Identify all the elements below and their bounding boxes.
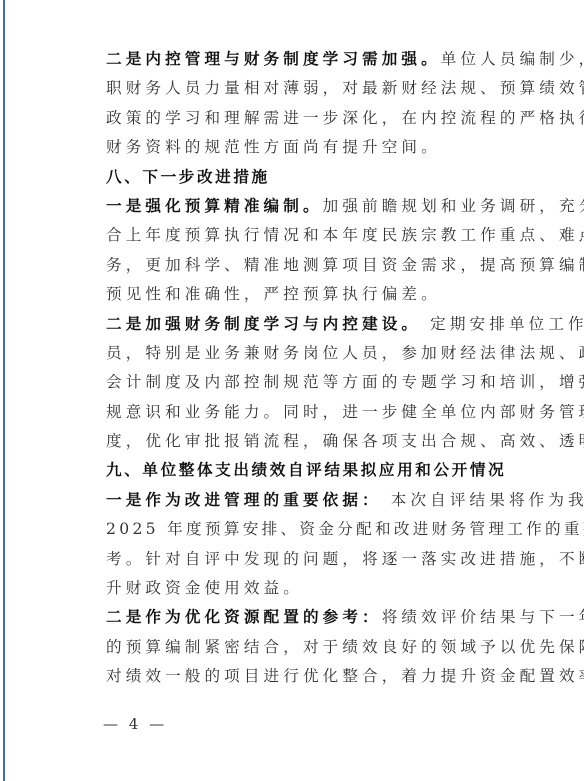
item-lead: 二是作为优化资源配置的参考： bbox=[106, 608, 382, 626]
text-line: 考。针对自评中发现的问题，将逐一落实改进措施，不断提 bbox=[106, 545, 506, 574]
text-line: 2025 年度预算安排、资金分配和改进财务管理工作的重要参 bbox=[106, 515, 506, 544]
text-line: 财务资料的规范性方面尚有提升空间。 bbox=[106, 133, 506, 162]
text-line: 职财务人员力量相对薄弱，对最新财经法规、预算绩效管理 bbox=[106, 74, 506, 103]
section-heading-8: 八、下一步改进措施 bbox=[106, 163, 506, 192]
application-item-resources: 二是作为优化资源配置的参考：将绩效评价结果与下一年度 的预算编制紧密结合，对于绩… bbox=[106, 603, 506, 691]
application-item-management: 一是作为改进管理的重要依据： 本次自评结果将作为我局 2025 年度预算安排、资… bbox=[106, 486, 506, 604]
item-lead: 二是内控管理与财务制度学习需加强。 bbox=[106, 50, 441, 68]
item-lead: 一是强化预算精准编制。 bbox=[106, 197, 323, 215]
issue-item-internal-control: 二是内控管理与财务制度学习需加强。单位人员编制少，专 职财务人员力量相对薄弱，对… bbox=[106, 45, 506, 163]
text-line: 一是强化预算精准编制。加强前瞻规划和业务调研，充分结 bbox=[106, 192, 506, 221]
text-line: 政策的学习和理解需进一步深化，在内控流程的严格执行和 bbox=[106, 104, 506, 133]
section-heading-9: 九、单位整体支出绩效自评结果拟应用和公开情况 bbox=[106, 456, 506, 485]
text-line: 对绩效一般的项目进行优化整合，着力提升资金配置效率。 bbox=[106, 662, 506, 691]
text-line: 的预算编制紧密结合，对于绩效良好的领域予以优先保障， bbox=[106, 633, 506, 662]
item-lead: 一是作为改进管理的重要依据： bbox=[106, 491, 382, 509]
document-page: 二是内控管理与财务制度学习需加强。单位人员编制少，专 职财务人员力量相对薄弱，对… bbox=[106, 45, 506, 692]
text-line: 规意识和业务能力。同时，进一步健全单位内部财务管理制 bbox=[106, 398, 506, 427]
text-line: 二是加强财务制度学习与内控建设。 定期安排单位工作人 bbox=[106, 310, 506, 339]
page-number: — 4 — bbox=[103, 715, 167, 733]
measure-item-finance-training: 二是加强财务制度学习与内控建设。 定期安排单位工作人 员，特别是业务兼财务岗位人… bbox=[106, 310, 506, 457]
text-line: 升财政资金使用效益。 bbox=[106, 574, 506, 603]
item-lead: 二是加强财务制度学习与内控建设。 bbox=[106, 315, 421, 333]
text-line: 合上年度预算执行情况和本年度民族宗教工作重点、难点任 bbox=[106, 221, 506, 250]
text-line: 一是作为改进管理的重要依据： 本次自评结果将作为我局 bbox=[106, 486, 506, 515]
page-edge-rule bbox=[3, 0, 5, 781]
text-line: 务，更加科学、精准地测算项目资金需求，提高预算编制的 bbox=[106, 251, 506, 280]
text-line: 度，优化审批报销流程，确保各项支出合规、高效、透明。 bbox=[106, 427, 506, 456]
text-line: 二是内控管理与财务制度学习需加强。单位人员编制少，专 bbox=[106, 45, 506, 74]
text-line: 二是作为优化资源配置的参考：将绩效评价结果与下一年度 bbox=[106, 603, 506, 632]
text-line: 预见性和准确性，严控预算执行偏差。 bbox=[106, 280, 506, 309]
text-line: 会计制度及内部控制规范等方面的专题学习和培训，增强合 bbox=[106, 368, 506, 397]
text-line: 员，特别是业务兼财务岗位人员，参加财经法律法规、政府 bbox=[106, 339, 506, 368]
measure-item-budget: 一是强化预算精准编制。加强前瞻规划和业务调研，充分结 合上年度预算执行情况和本年… bbox=[106, 192, 506, 310]
